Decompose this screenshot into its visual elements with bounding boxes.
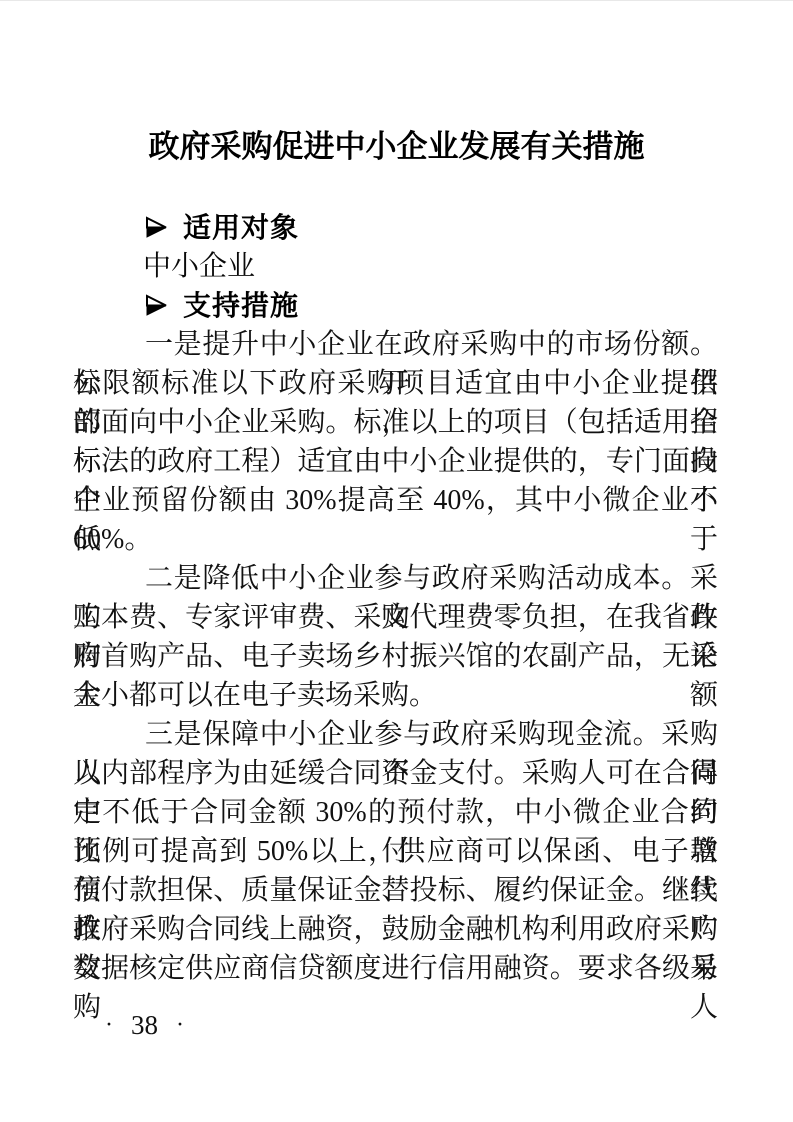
body-line: 比例可提高到 50%以上，供应商可以保函、电子增信替代 (73, 832, 718, 871)
page-number: · 38 · (105, 1007, 184, 1043)
document-page: 政府采购促进中小企业发展有关措施 适用对象 中小企业 支持措施 一是提升中 (0, 0, 793, 1122)
page-number-left-dot: · (105, 1007, 113, 1043)
body-line: 预付款担保、质量保证金、投标、履约保证金。继续推广 (73, 871, 718, 910)
body-line: 工本费、专家评审费、采购代理费零负担，在我省政府采 (73, 598, 718, 637)
body-line: 三是保障中小企业参与政府采购现金流。采购人不得 (73, 715, 718, 754)
body-line: 政府采购合同线上融资，鼓励金融机构利用政府采购交易 (73, 910, 718, 949)
arrowhead-right-icon (145, 216, 168, 239)
body-line: 以内部程序为由延缓合同资金支付。采购人可在合同中约 (73, 754, 718, 793)
bullet-heading-applicable-target: 适用对象 (73, 208, 718, 247)
body-line: 部面向中小企业采购。标准以上的项目（包括适用招标投 (73, 403, 718, 442)
body-line: 数据核定供应商信贷额度进行信用融资。要求各级采购人 (73, 949, 718, 988)
body-line: 一是提升中小企业在政府采购中的市场份额。公开招 (73, 325, 718, 364)
page-number-value: 38 (131, 1007, 158, 1043)
body-line: 企业预留份额由 30%提高至 40%，其中小微企业不低于 (73, 481, 718, 520)
page-number-right-dot: · (176, 1007, 184, 1043)
bullet-heading-support-measures: 支持措施 (73, 286, 718, 325)
body-line: 二是降低中小企业参与政府采购活动成本。采购文件 (73, 559, 718, 598)
applicable-target-text: 中小企业 (73, 247, 718, 286)
body-line: 标法的政府工程）适宜由中小企业提供的，专门面向中小 (73, 442, 718, 481)
bullet-heading-label: 支持措施 (183, 286, 299, 325)
body-line: 定不低于合同金额 30%的预付款，中小微企业合同预付款 (73, 793, 718, 832)
arrowhead-right-icon (145, 294, 168, 317)
body-line: 购首购产品、电子卖场乡村振兴馆的农副产品，无论金额 (73, 637, 718, 676)
document-body: 适用对象 中小企业 支持措施 一是提升中小企业在政府采购中的市场份额。公开招 标… (73, 208, 718, 988)
bullet-heading-label: 适用对象 (183, 208, 299, 247)
paragraph-1: 一是提升中小企业在政府采购中的市场份额。公开招 标限额标准以下政府采购项目适宜由… (73, 325, 718, 559)
paragraph-2: 二是降低中小企业参与政府采购活动成本。采购文件 工本费、专家评审费、采购代理费零… (73, 559, 718, 715)
paragraph-3: 三是保障中小企业参与政府采购现金流。采购人不得 以内部程序为由延缓合同资金支付。… (73, 715, 718, 988)
body-line: 标限额标准以下政府采购项目适宜由中小企业提供的，全 (73, 364, 718, 403)
document-title: 政府采购促进中小企业发展有关措施 (0, 127, 793, 167)
